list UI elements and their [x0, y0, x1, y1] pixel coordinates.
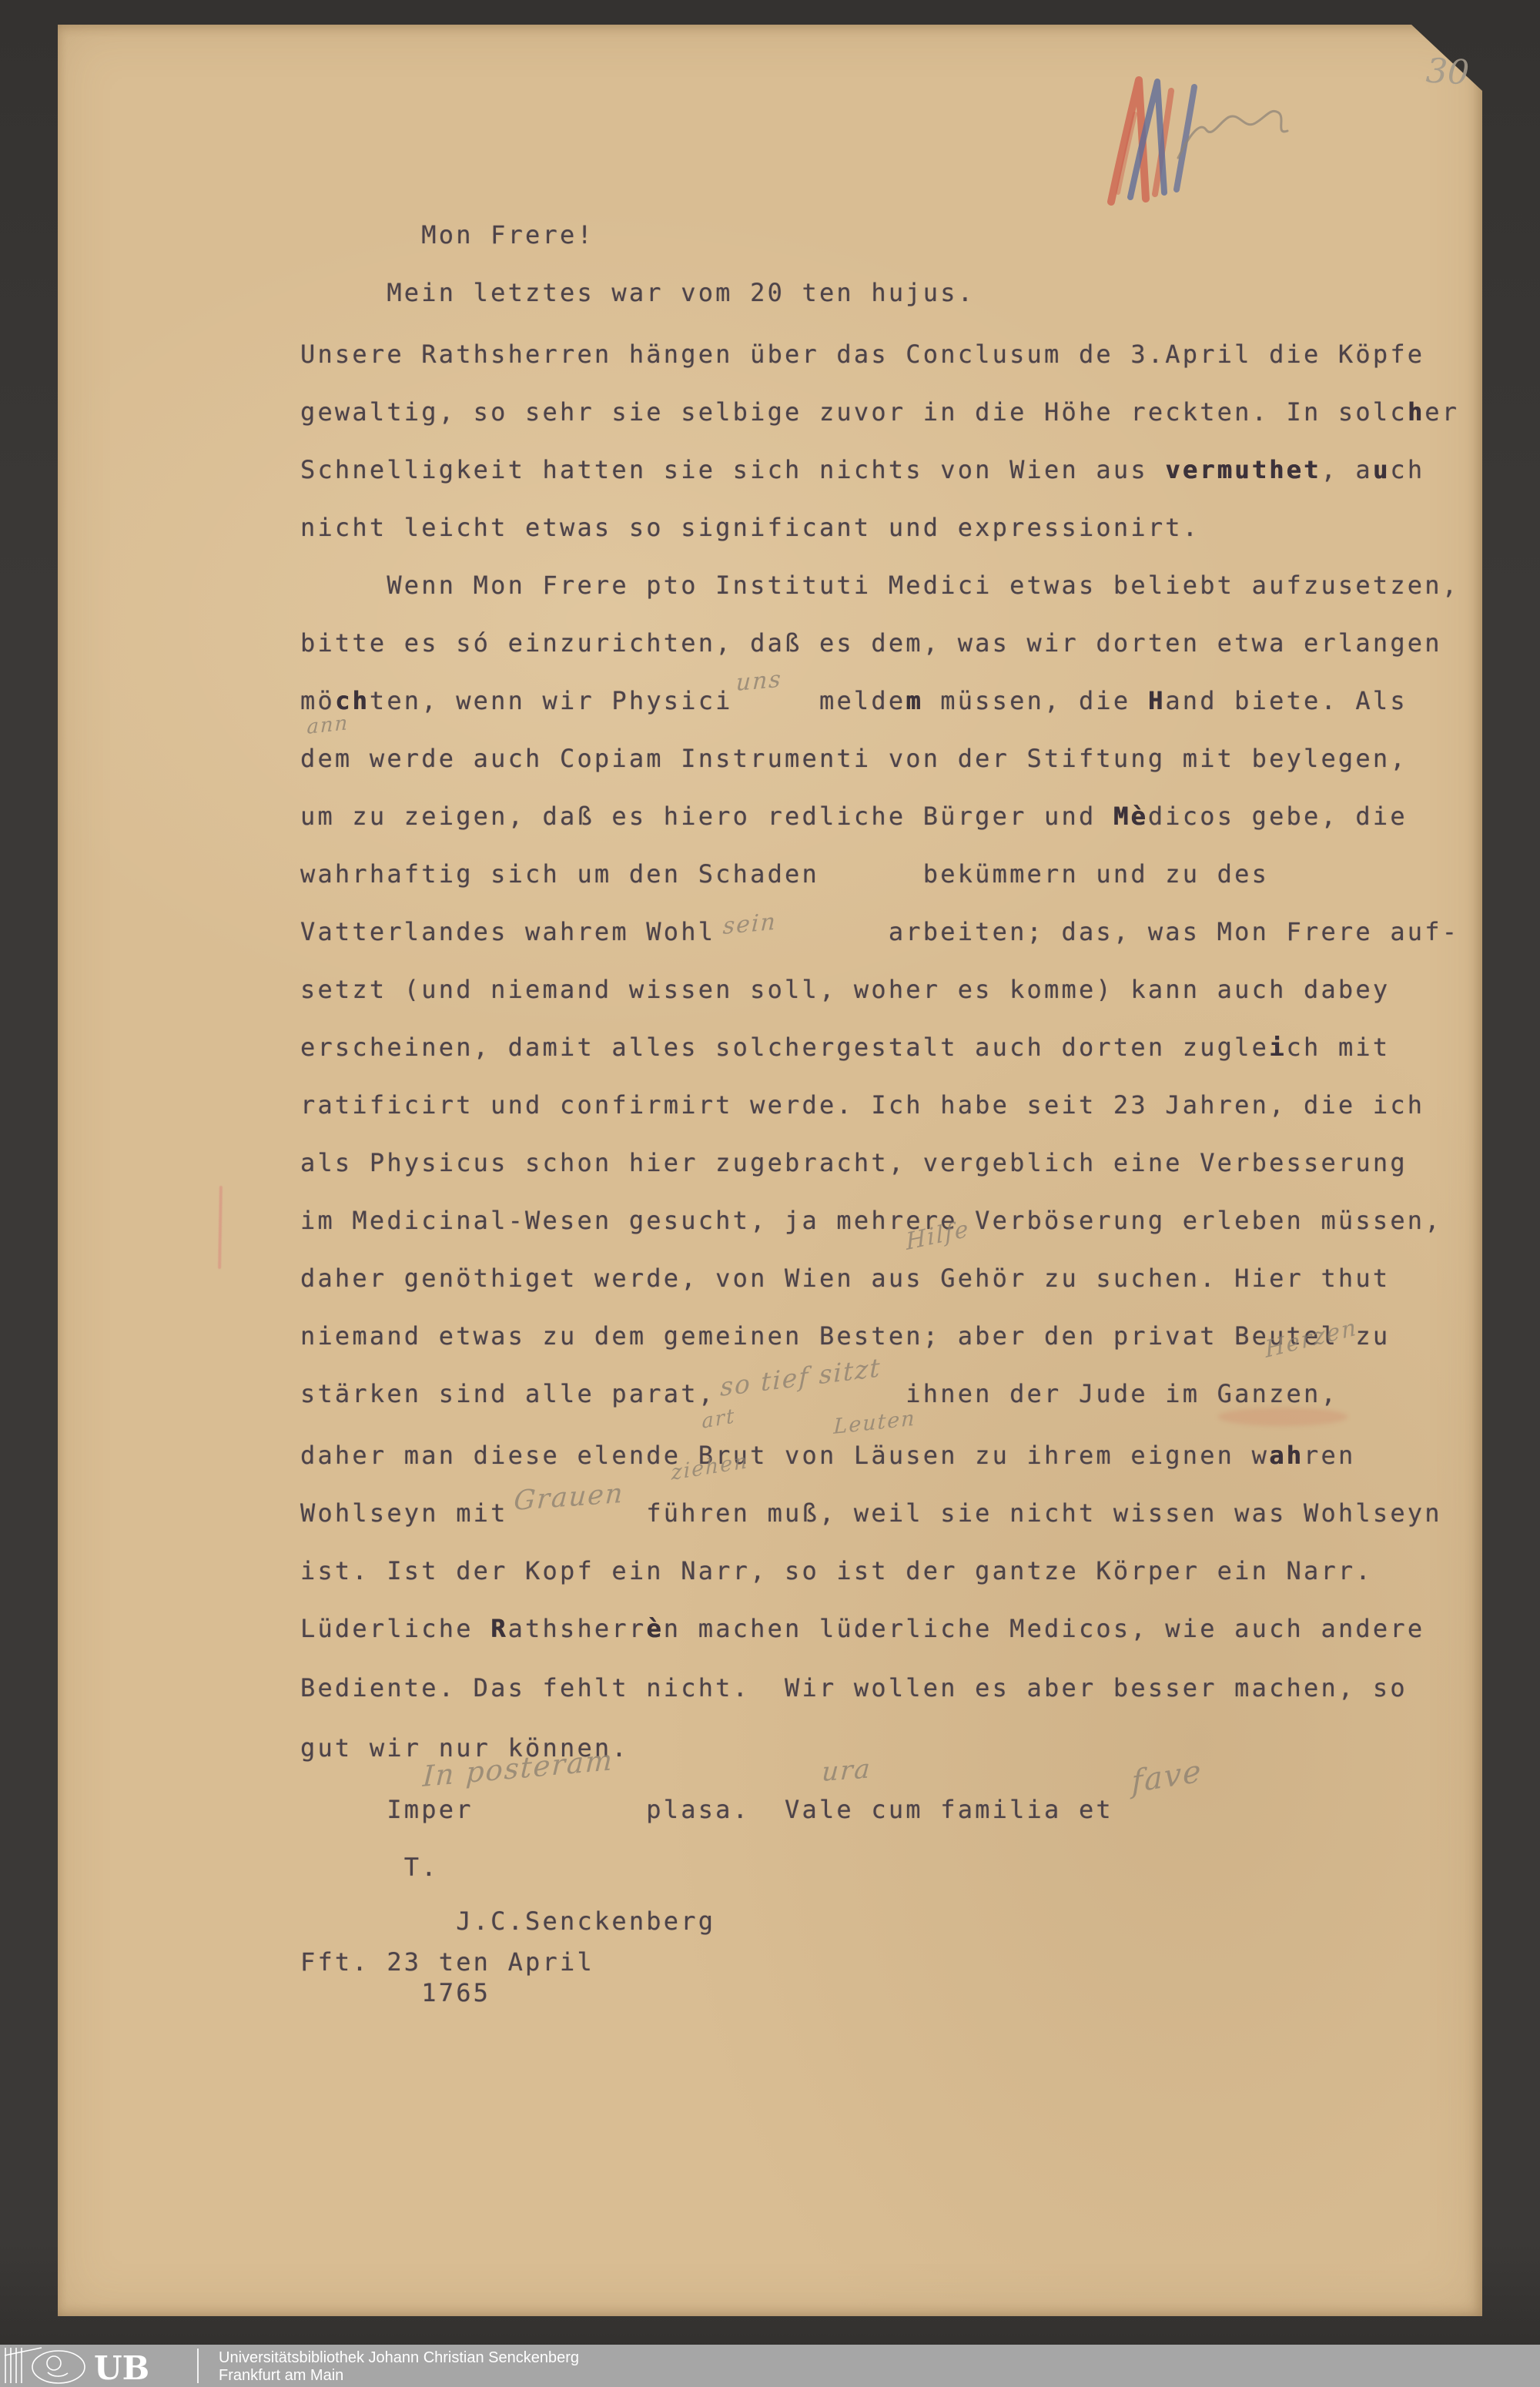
typed-line: Wenn Mon Frere pto Instituti Medici etwa…	[300, 570, 1459, 601]
typed-line: Imper plasa. Vale cum familia et	[300, 1794, 1113, 1825]
typed-line: Unsere Rathsherren hängen über das Concl…	[300, 339, 1424, 370]
portrait-shoulders	[48, 2372, 68, 2376]
typed-line: Bediente. Das fehlt nicht. Wir wollen es…	[300, 1672, 1408, 1703]
typed-line: nicht leicht etwas so significant und ex…	[300, 512, 1200, 543]
red-smudge	[1218, 1408, 1347, 1426]
library-logo: UB	[3, 2346, 196, 2385]
typed-line: möchten, wenn wir Physici meldem müssen,…	[300, 685, 1408, 716]
typed-line: setzt (und niemand wissen soll, woher es…	[300, 974, 1390, 1005]
typed-line: J.C.Senckenberg	[300, 1906, 715, 1937]
typed-line: ratificirt und confirmirt werde. Ich hab…	[300, 1090, 1424, 1120]
scanned-letter-page: Mon Frere! Mein letztes war vom 20 ten h…	[0, 0, 1540, 2387]
typed-line: Lüderliche Rathsherrèn machen lüderliche…	[300, 1613, 1424, 1644]
typed-line: erscheinen, damit alles solchergestalt a…	[300, 1032, 1390, 1063]
typed-line: als Physicus schon hier zugebracht, verg…	[300, 1147, 1408, 1178]
library-city: Frankfurt am Main	[219, 2367, 579, 2385]
typed-line: im Medicinal-Wesen gesucht, ja mehrere V…	[300, 1205, 1442, 1236]
library-name: Universitätsbibliothek Johann Christian …	[219, 2349, 579, 2367]
typed-line: 1765	[300, 1977, 490, 2008]
library-footer-bar: UB Universitätsbibliothek Johann Christi…	[0, 2345, 1540, 2387]
archival-page-number: 30	[1425, 52, 1471, 93]
typed-line: T.	[300, 1852, 439, 1883]
typed-line: Wohlseyn mit führen muß, weil sie nicht …	[300, 1498, 1442, 1528]
typed-line: gewaltig, so sehr sie selbige zuvor in d…	[300, 397, 1459, 427]
pencil-annotation-ann: ann	[306, 711, 350, 739]
typed-line: um zu zeigen, daß es hiero redliche Bürg…	[300, 801, 1408, 832]
typed-line: ist. Ist der Kopf ein Narr, so ist der g…	[300, 1555, 1373, 1586]
pencil-annotation-sein: sein	[722, 909, 778, 940]
portrait-outline	[32, 2351, 85, 2383]
pencil-annotation-uns: uns	[735, 665, 783, 697]
typed-line: bitte es só einzurichten, daß es dem, wa…	[300, 628, 1442, 658]
typed-line: Vatterlandes wahrem Wohl arbeiten; das, …	[300, 916, 1459, 947]
typed-line: Mein letztes war vom 20 ten hujus.	[300, 277, 975, 308]
typed-line: daher genöthiget werde, von Wien aus Geh…	[300, 1263, 1390, 1294]
pencil-annotation-ura: ura	[821, 1753, 872, 1788]
typed-line: Fft. 23 ten April	[300, 1947, 594, 1977]
portrait-face	[47, 2356, 61, 2370]
typed-line: Schnelligkeit hatten sie sich nichts von…	[300, 454, 1424, 485]
typed-line: wahrhaftig sich um den Schaden bekümmern…	[300, 859, 1269, 889]
ub-logo-text: UB	[94, 2349, 149, 2385]
footer-divider	[197, 2348, 199, 2383]
typed-line: daher man diese elende Brut von Läusen z…	[300, 1440, 1355, 1471]
typed-line: niemand etwas zu dem gemeinen Besten; ab…	[300, 1321, 1390, 1351]
typed-line: dem werde auch Copiam Instrumenti von de…	[300, 743, 1408, 774]
typed-line: Mon Frere!	[300, 219, 594, 250]
